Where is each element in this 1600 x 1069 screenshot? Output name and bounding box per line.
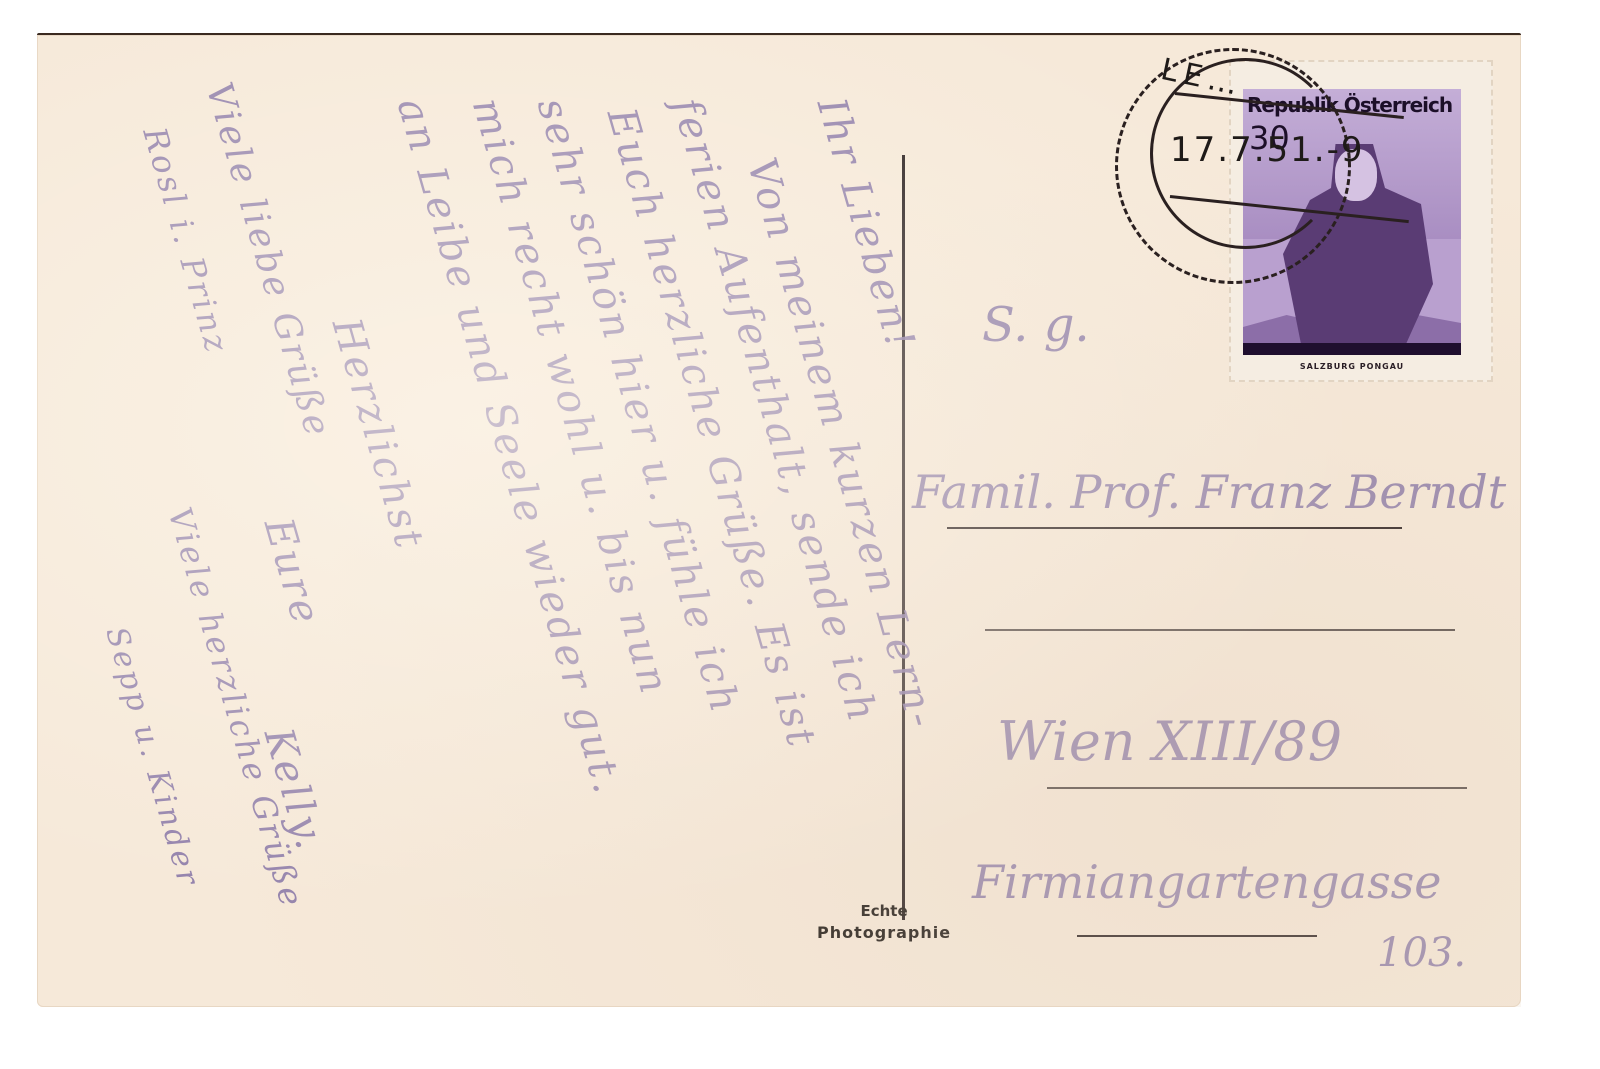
address-line-4: 103. — [1377, 930, 1466, 976]
message-line: Herzlichst — [323, 313, 433, 556]
address-rule-2 — [985, 629, 1455, 631]
address-rule-1 — [947, 527, 1402, 529]
postmark-date: 17.7.51.-9 — [1170, 130, 1364, 170]
address-rule-4 — [1077, 935, 1317, 937]
stamp-caption: SALZBURG PONGAU — [1243, 362, 1461, 371]
address-rule-3 — [1047, 787, 1467, 789]
imprint-line-2: Photographie — [817, 922, 951, 944]
photo-imprint: Echte Photographie — [817, 900, 951, 944]
address-line-1: Famil. Prof. Franz Berndt — [912, 465, 1506, 519]
message-line: Eure — [255, 513, 329, 631]
margin-note: Viele liebe Grüße — [198, 78, 339, 443]
address-line-3: Firmiangartengasse — [972, 855, 1442, 909]
address-line-2: Wien XIII/89 — [997, 710, 1342, 773]
imprint-line-1: Echte — [817, 900, 951, 922]
address-salutation: S. g. — [982, 297, 1090, 353]
margin-note: Sepp u. Kinder — [98, 623, 206, 891]
